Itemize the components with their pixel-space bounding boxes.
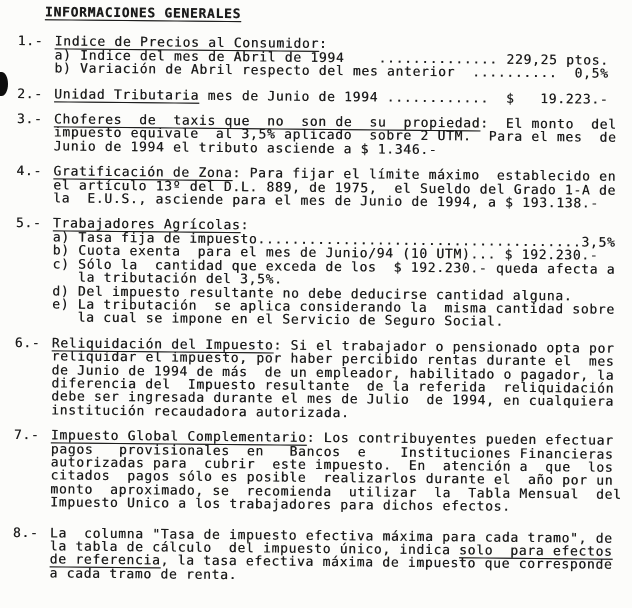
item-text: Trabajadores Agrícolas:a) Tasa fija de i…	[52, 218, 622, 331]
list-item: 2.-Unidad Tributaria mes de Junio de 199…	[17, 88, 623, 107]
page-title: INFORMACIONES GENERALES	[45, 6, 624, 25]
item-number: 1.-	[17, 35, 54, 76]
list-item: 1.-Indice de Precios al Consumidor:a) In…	[17, 35, 623, 81]
text-segment: la cual se impone en el Servicio de Segu…	[52, 311, 504, 330]
text-segment: Impuesto Unico a los trabajadores para d…	[50, 496, 511, 515]
item-text: Impuesto Global Complementario: Los cont…	[50, 429, 620, 515]
item-number: 2.-	[17, 88, 54, 102]
item-text: Indice de Precios al Consumidor:a) Indic…	[54, 36, 623, 82]
list-item: 8.-La columna "Tasa de impuesto efectiva…	[12, 527, 618, 586]
item-text: Unidad Tributaria mes de Junio de 1994 .…	[54, 88, 623, 107]
item-text: La columna "Tasa de impuesto efectiva má…	[49, 527, 618, 586]
text-segment: a cada tramo de renta.	[49, 566, 237, 583]
item-text: Gratificación de Zona: Para fijar el lím…	[53, 166, 622, 212]
list-item: 6.-Reliquidación del Impuesto: Si el tra…	[14, 337, 621, 423]
item-line: b) Variación de Abril respecto del mes a…	[54, 63, 623, 82]
text-segment: mes de Junio de 1994 ............ $ 19.2…	[199, 88, 608, 107]
item-line: la E.U.S., asciende para el mes de Junio…	[53, 192, 622, 211]
list-item: 4.-Gratificación de Zona: Para fijar el …	[16, 165, 622, 211]
item-number: 4.-	[16, 165, 53, 206]
list-item: 3.-Choferes de taxis que no son de su pr…	[17, 113, 623, 159]
document-body: 1.-Indice de Precios al Consumidor:a) In…	[12, 35, 623, 586]
item-number: 3.-	[17, 113, 54, 154]
list-item: 7.-Impuesto Global Complementario: Los c…	[13, 429, 620, 515]
document-page: INFORMACIONES GENERALES 1.-Indice de Pre…	[12, 4, 624, 598]
text-segment: Junio de 1994 el tributo asciende a $ 1.…	[54, 139, 438, 158]
item-text: Reliquidación del Impuesto: Si el trabaj…	[51, 337, 621, 423]
item-number: 7.-	[13, 429, 51, 510]
text-segment: institución recaudadora autorizada.	[51, 403, 350, 421]
item-line: Unidad Tributaria mes de Junio de 1994 .…	[54, 88, 623, 107]
underlined-text: Unidad Tributaria	[54, 87, 199, 103]
item-number: 6.-	[14, 337, 52, 418]
item-text: Choferes de taxis que no son de su propi…	[54, 113, 623, 159]
item-number: 8.-	[12, 527, 50, 581]
scan-artifact-hole-punch	[0, 72, 8, 96]
list-item: 5.-Trabajadores Agrícolas:a) Tasa fija d…	[15, 217, 622, 330]
item-number: 5.-	[15, 217, 53, 325]
